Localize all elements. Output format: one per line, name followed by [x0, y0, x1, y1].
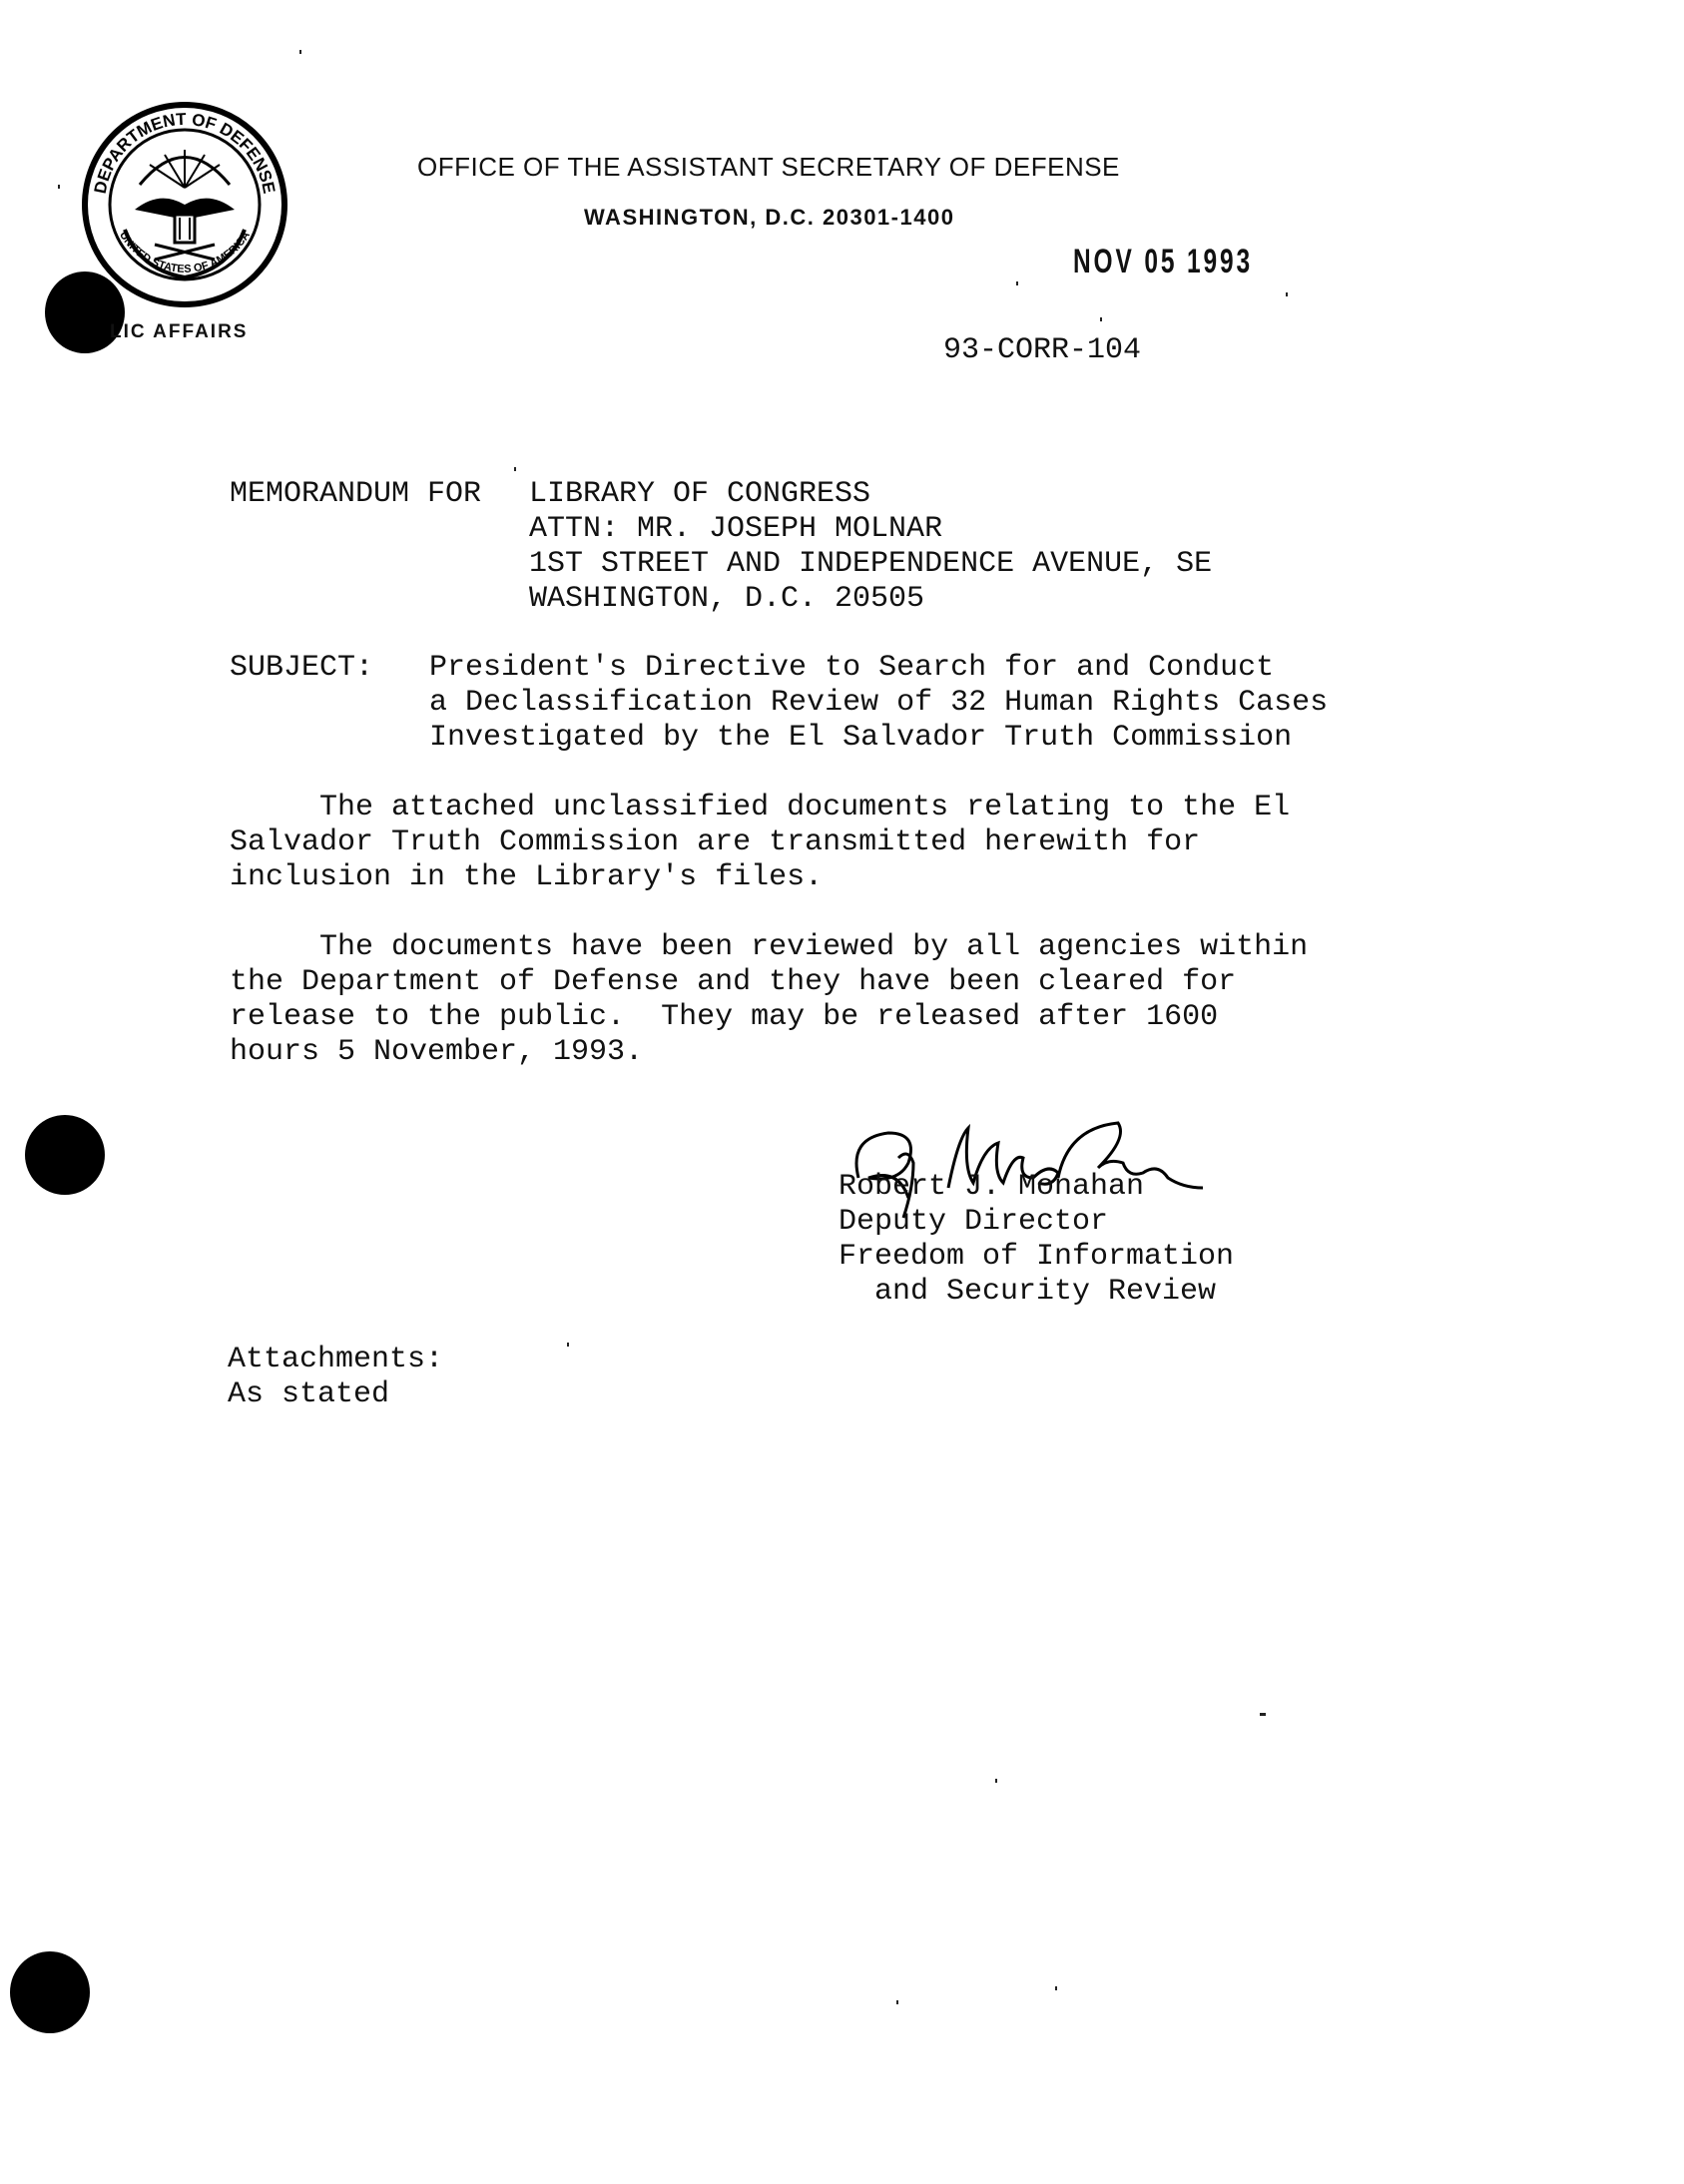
punch-hole-bottom [10, 1951, 90, 2033]
body-paragraph-1: The attached unclassified documents rela… [230, 791, 1290, 895]
paragraph-line: The attached unclassified documents rela… [230, 791, 1290, 825]
scan-speck [896, 2000, 898, 2004]
paragraph-line: release to the public. They may be relea… [230, 1000, 1308, 1035]
addressee-line: WASHINGTON, D.C. 20505 [529, 582, 1212, 617]
paragraph-line: hours 5 November, 1993. [230, 1035, 1308, 1070]
scan-speck [1286, 292, 1288, 296]
signer-title-line: Freedom of Information [839, 1240, 1234, 1275]
scan-speck [1055, 1986, 1057, 1990]
scan-speck [995, 1779, 997, 1783]
letterhead-department: LIC AFFAIRS [110, 321, 248, 343]
letterhead-office: OFFICE OF THE ASSISTANT SECRETARY OF DEF… [417, 152, 1120, 183]
memorandum-label: MEMORANDUM FOR [230, 477, 481, 512]
seal-icon: DEPARTMENT OF DEFENSE UNITED STATES OF A… [80, 100, 289, 309]
scan-speck [1260, 1713, 1266, 1716]
attachments-label: Attachments: [228, 1343, 443, 1377]
scan-speck [514, 467, 516, 471]
paragraph-line: The documents have been reviewed by all … [230, 930, 1308, 965]
paragraph-line: the Department of Defense and they have … [230, 965, 1308, 1000]
letterhead-address: WASHINGTON, D.C. 20301-1400 [584, 205, 954, 231]
dod-seal: DEPARTMENT OF DEFENSE UNITED STATES OF A… [80, 100, 289, 309]
addressee-block: LIBRARY OF CONGRESS ATTN: MR. JOSEPH MOL… [529, 477, 1212, 617]
subject-block: President's Directive to Search for and … [429, 651, 1328, 756]
addressee-line: 1ST STREET AND INDEPENDENCE AVENUE, SE [529, 547, 1212, 582]
paragraph-line: Salvador Truth Commission are transmitte… [230, 825, 1290, 860]
scan-speck [1016, 281, 1018, 285]
signature-block: Robert J. Monahan Deputy Director Freedo… [839, 1170, 1234, 1310]
signer-name: Robert J. Monahan [839, 1170, 1234, 1205]
subject-line: President's Directive to Search for and … [429, 651, 1328, 686]
scan-speck [1100, 317, 1102, 321]
attachments-value: As stated [228, 1377, 443, 1412]
reference-number: 93-CORR-104 [943, 333, 1141, 368]
subject-line: a Declassification Review of 32 Human Ri… [429, 686, 1328, 721]
paragraph-line: inclusion in the Library's files. [230, 860, 1290, 895]
addressee-line: LIBRARY OF CONGRESS [529, 477, 1212, 512]
body-paragraph-2: The documents have been reviewed by all … [230, 930, 1308, 1070]
attachments-block: Attachments: As stated [228, 1343, 443, 1412]
date-stamp: NOV 05 1993 [1073, 243, 1253, 281]
punch-hole-middle [25, 1115, 105, 1195]
signer-title-line: and Security Review [839, 1275, 1234, 1310]
scan-speck [58, 185, 60, 189]
subject-line: Investigated by the El Salvador Truth Co… [429, 721, 1328, 756]
scan-speck [567, 1343, 569, 1347]
addressee-line: ATTN: MR. JOSEPH MOLNAR [529, 512, 1212, 547]
scan-speck [299, 50, 301, 54]
signer-title-line: Deputy Director [839, 1205, 1234, 1240]
subject-label: SUBJECT: [230, 651, 373, 686]
